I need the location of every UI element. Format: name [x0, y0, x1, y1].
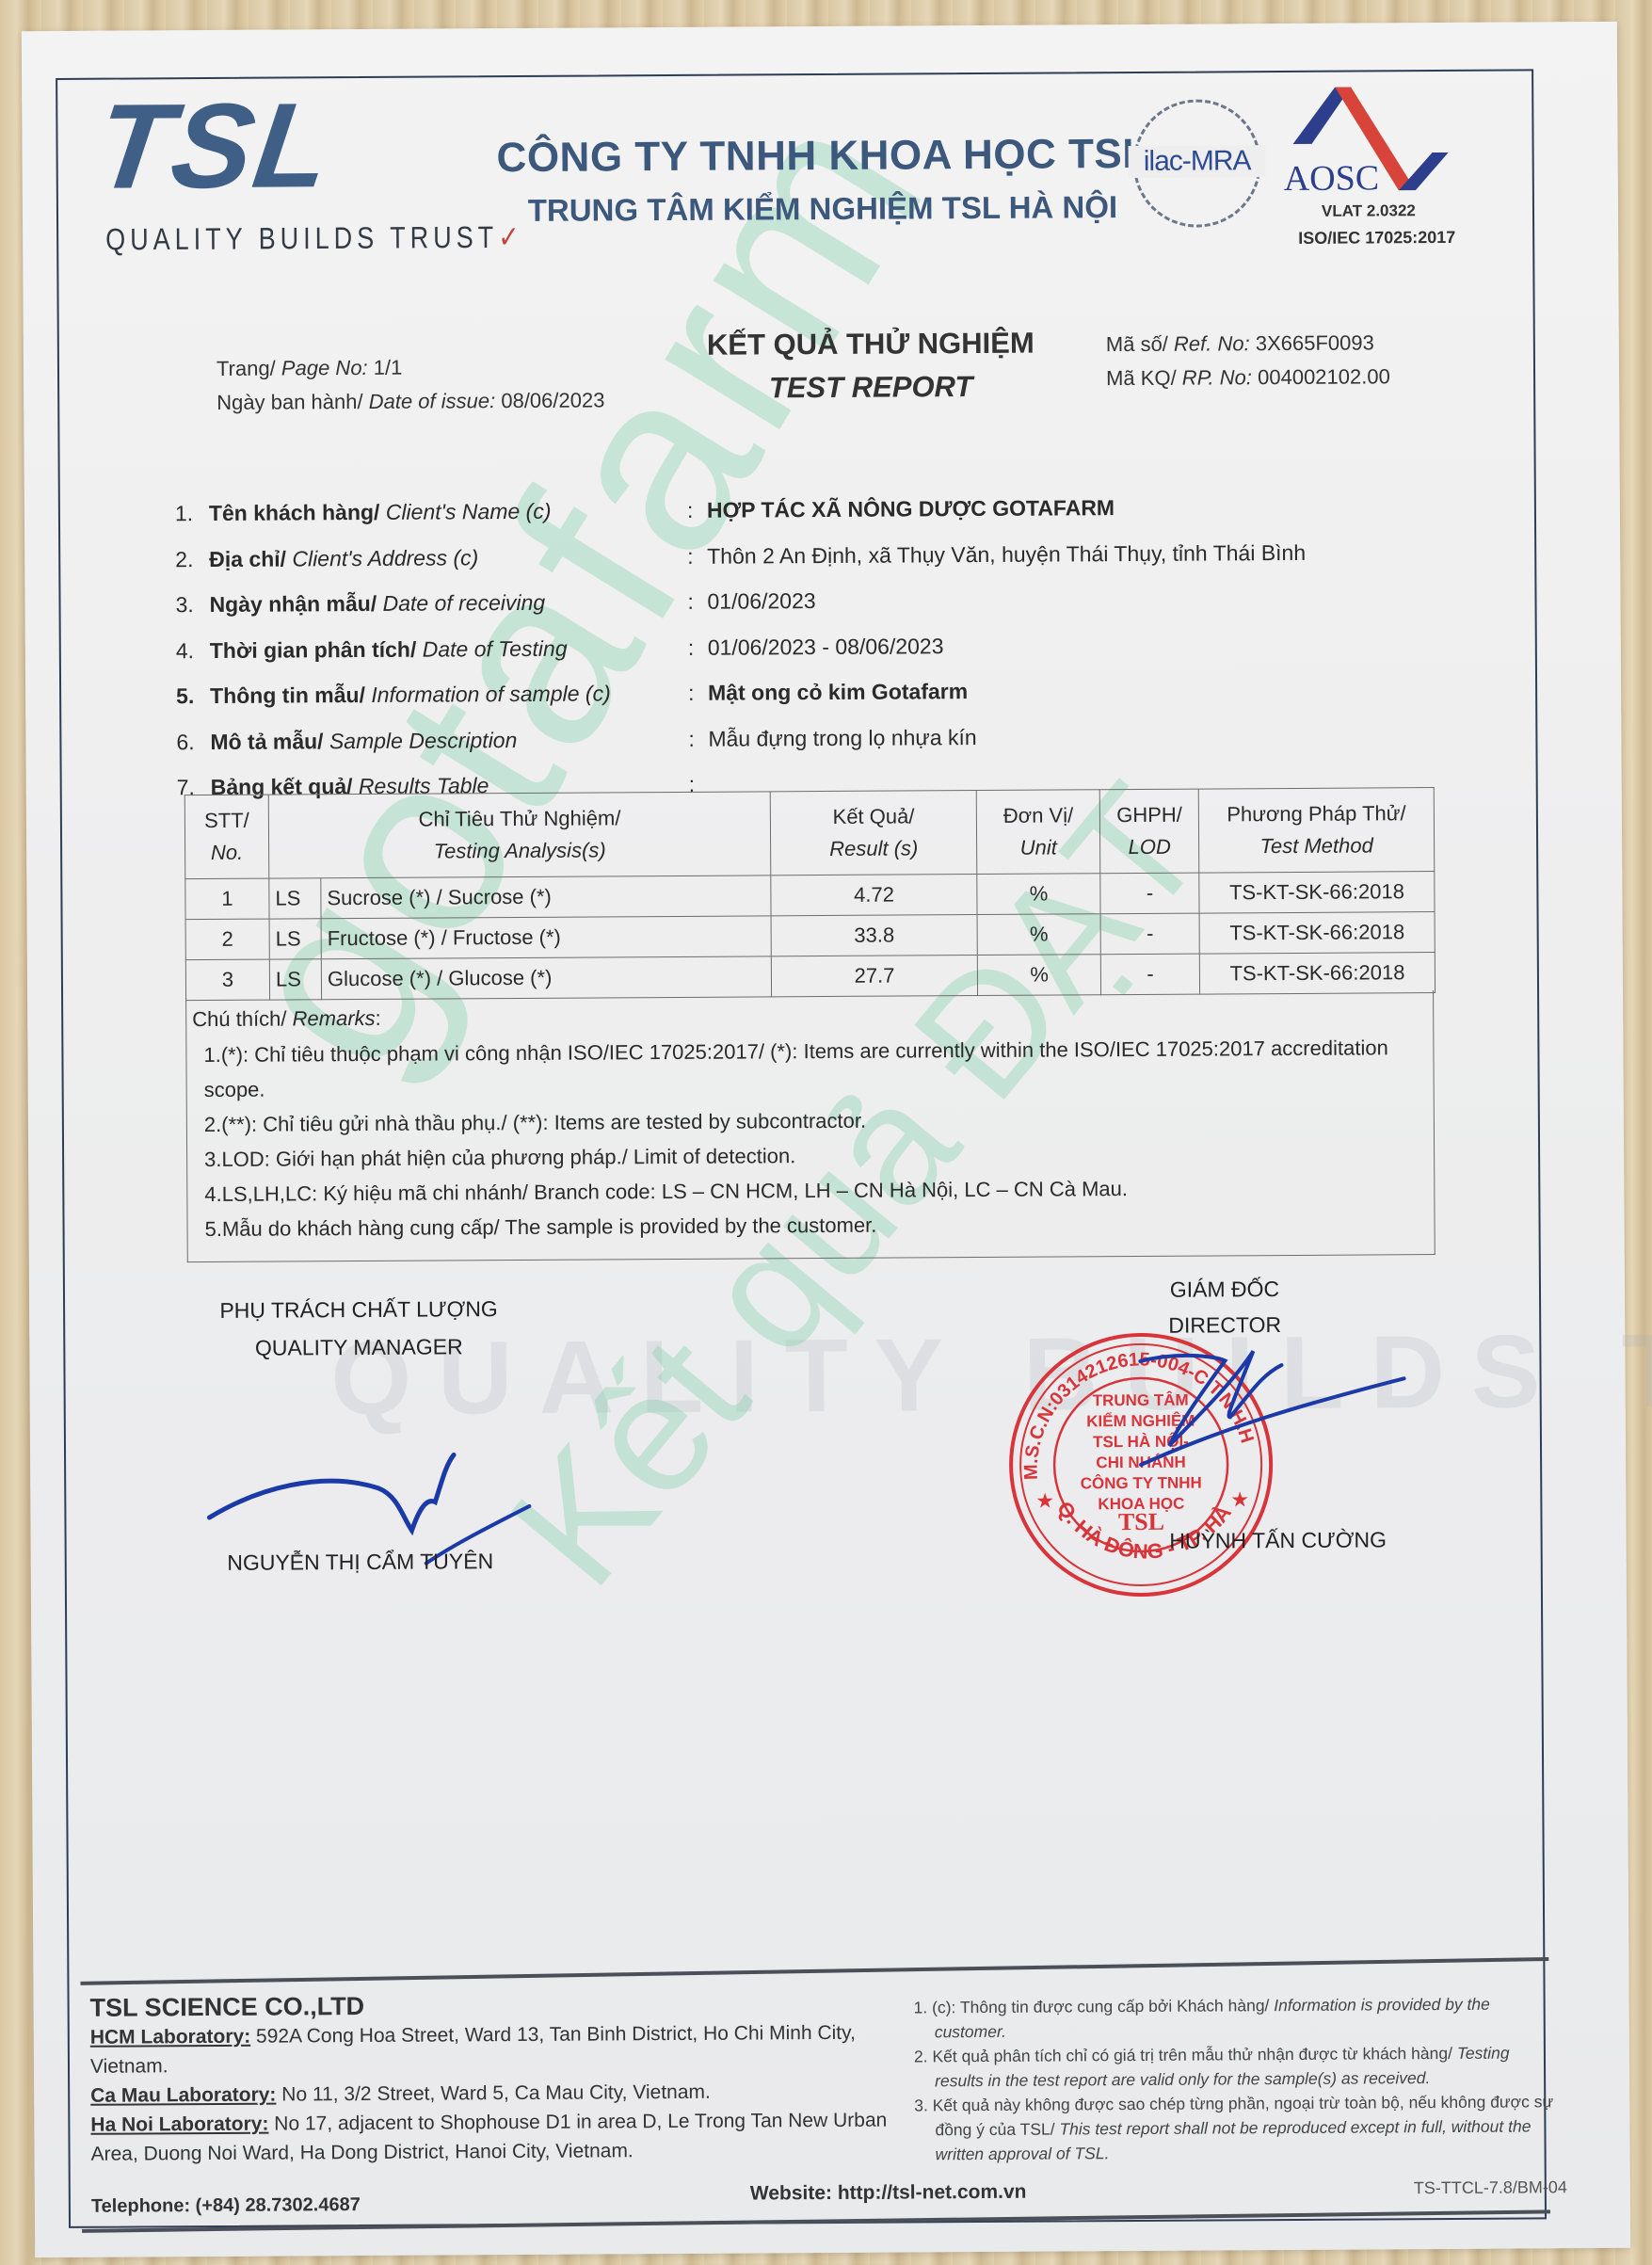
quality-manager-title: PHỤ TRÁCH CHẤT LƯỢNG QUALITY MANAGER	[203, 1290, 514, 1367]
footer-website-link[interactable]: Website: http://tsl-net.com.vn	[750, 2181, 1027, 2206]
remarks-list: 1.(*): Chỉ tiêu thuộc phạm vi công nhận …	[203, 1030, 1419, 1246]
info-sample-description: 6.Mô tả mẫu/ Sample Description:Mẫu đựng…	[176, 722, 1400, 775]
report-title-en: TEST REPORT	[673, 369, 1068, 406]
info-client-name: 1.Tên khách hàng/ Client's Name (c):HỢP …	[175, 493, 1399, 546]
results-table: STT/No. Chỉ Tiêu Thử Nghiệm/Testing Anal…	[184, 787, 1435, 1001]
tagline-text: QUALITY BUILDS TRUST	[105, 220, 498, 257]
remark-item: 1.(*): Chỉ tiêu thuộc phạm vi công nhận …	[203, 1030, 1418, 1107]
quality-manager-name: NGUYỄN THỊ CẨM TUYÊN	[182, 1549, 539, 1576]
company-stamp-icon: M.S.C.N:0314212615-004-C.T.N.H.H Q. HÀ Đ…	[999, 1318, 1283, 1602]
remarks-box: Chú thích/ Remarks: 1.(*): Chỉ tiêu thuộ…	[185, 990, 1435, 1262]
svg-text:★: ★	[1230, 1487, 1249, 1511]
sample-info-list: 1.Tên khách hàng/ Client's Name (c):HỢP …	[175, 493, 1401, 820]
director-name: HUỲNH TẤN CƯỜNG	[1137, 1527, 1419, 1554]
footer-telephone: Telephone: (+84) 28.7302.4687	[91, 2194, 361, 2218]
col-method: Phương Pháp Thử/Test Method	[1198, 788, 1434, 874]
remarks-heading: Chú thích/ Remarks:	[192, 1006, 381, 1032]
page-number: Trang/ Page No: 1/1	[217, 349, 604, 386]
svg-text:KIỂM NGHIỆM: KIỂM NGHIỆM	[1086, 1412, 1195, 1431]
remark-item: 5.Mẫu do khách hàng cung cấp/ The sample…	[204, 1204, 1419, 1246]
info-date-testing: 4.Thời gian phân tích/ Date of Testing:0…	[176, 631, 1400, 683]
company-name: CÔNG TY TNHH KHOA HỌC TSL	[455, 131, 1189, 183]
form-code: TS-TTCL-7.8/BM-04	[1414, 2177, 1567, 2198]
iso-standard: ISO/IEC 17025:2017	[1298, 228, 1455, 249]
footer-lab-hanoi: Ha Noi Laboratory: No 17, adjacent to Sh…	[90, 2105, 909, 2168]
info-sample-information: 5.Thông tin mẫu/ Information of sample (…	[176, 676, 1400, 729]
info-date-receiving: 3.Ngày nhận mẫu/ Date of receiving:01/06…	[175, 585, 1399, 637]
footer-note: 1. (c): Thông tin được cung cấp bởi Khác…	[914, 1991, 1554, 2044]
svg-text:TSL HÀ NỘI-: TSL HÀ NỘI-	[1093, 1433, 1189, 1452]
svg-text:TRUNG TÂM: TRUNG TÂM	[1093, 1391, 1189, 1410]
footer-notes: 1. (c): Thông tin được cung cấp bởi Khác…	[914, 1991, 1555, 2166]
svg-text:CÔNG TY TNHH: CÔNG TY TNHH	[1081, 1474, 1202, 1493]
accreditation-code: VLAT 2.0322	[1322, 201, 1416, 221]
col-result: Kết Quả/Result (s)	[770, 791, 977, 875]
footer-lab-hcm: HCM Laboratory: 592A Cong Hoa Street, Wa…	[90, 2017, 909, 2080]
report-meta-left: Trang/ Page No: 1/1 Ngày ban hành/ Date …	[217, 349, 605, 420]
ref-number: Mã số/ Ref. No: 3X665F0093	[1106, 326, 1390, 361]
report-title-vi: KẾT QUẢ THỬ NGHIỆM	[673, 326, 1068, 362]
rp-number: Mã KQ/ RP. No: 004002102.00	[1106, 360, 1390, 395]
tsl-logo: TSL	[89, 86, 339, 208]
center-name: TRUNG TÂM KIỂM NGHIỆM TSL HÀ NỘI	[456, 189, 1190, 230]
ilac-logo-text: ilac-MRA	[1129, 145, 1266, 178]
col-analysis: Chỉ Tiêu Thử Nghiệm/Testing Analysis(s)	[268, 792, 771, 878]
footer-note: 3. Kết quả này không được sao chép từng …	[914, 2089, 1554, 2166]
report-meta-right: Mã số/ Ref. No: 3X665F0093 Mã KQ/ RP. No…	[1106, 326, 1390, 395]
footer-company-info: TSL SCIENCE CO.,LTD HCM Laboratory: 592A…	[90, 1988, 910, 2168]
document-page: QUALITY BUILDS TRUST gotafarm Kết quả ĐẠ…	[22, 22, 1630, 2257]
footer-note: 2. Kết quả phân tích chỉ có giá trị trên…	[914, 2040, 1554, 2093]
results-table-header: STT/No. Chỉ Tiêu Thử Nghiệm/Testing Anal…	[184, 788, 1435, 879]
ilac-mra-logo: ilac-MRA	[1132, 99, 1261, 228]
col-lod: GHPH/LOD	[1099, 789, 1199, 874]
col-no: STT/No.	[184, 795, 269, 879]
info-client-address: 2.Địa chỉ/ Client's Address (c):Thôn 2 A…	[175, 539, 1399, 592]
col-unit: Đơn Vị/Unit	[976, 790, 1100, 875]
svg-text:CHI NHÁNH: CHI NHÁNH	[1096, 1454, 1186, 1472]
issue-date: Ngày ban hành/ Date of issue: 08/06/2023	[217, 383, 604, 420]
svg-text:★: ★	[1035, 1489, 1054, 1513]
aosc-logo-text: AOSC	[1284, 157, 1380, 200]
